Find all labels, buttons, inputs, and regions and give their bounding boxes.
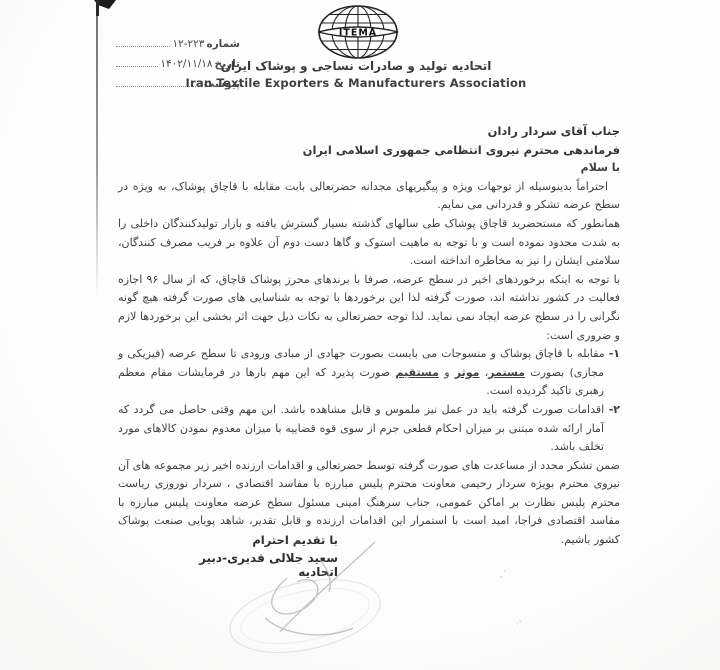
emphasized-word-continuous: مستمر	[488, 366, 525, 379]
emphasized-word-direct: مستقیم	[395, 366, 439, 379]
item-2-text: اقدامات صورت گرفته باید در عمل نیز ملموس…	[118, 403, 609, 453]
salutation: با سلام	[118, 159, 620, 178]
scanned-letter-page: شماره ۱۲-۲۲۳ تاریخ ۱۴۰۲/۱۱/۱۸ پیوست: IT	[0, 0, 720, 670]
list-item-1: ۱- مقابله با قاچاق پوشاک و منسوجات می با…	[118, 345, 620, 401]
recipient-line-2: فرماندهی محترم نیروی انتظامی جمهوری اسلا…	[118, 141, 620, 160]
emphasized-word-effective: موثر	[455, 366, 480, 379]
letter-body: جناب آقای سردار رادان فرماندهی محترم نیر…	[118, 122, 620, 550]
recipient-line-1: جناب آقای سردار رادان	[118, 122, 620, 141]
logo-text: ITEMA	[339, 28, 377, 39]
item-1-separator: و	[439, 366, 455, 379]
ink-speck: ,´	[500, 570, 507, 579]
number-label: شماره	[206, 38, 240, 50]
list-item-2: ۲- اقدامات صورت گرفته باید در عمل نیز مل…	[118, 401, 620, 457]
item-2-number: ۲-	[609, 403, 620, 416]
signatory-name: سعید جلالی قدیری-دبیر اتحادیه	[152, 551, 338, 579]
field-row-number: شماره ۱۲-۲۲۳	[116, 30, 240, 50]
org-name-persian: اتحادیه تولید و صادرات نساجی و پوشاک ایر…	[130, 59, 582, 73]
paragraph-1: احتراماً بدینوسیله از توجهات ویژه و پیگی…	[118, 178, 620, 215]
paragraph-3: با توجه به اینکه برخوردهای اخیر در سطح ع…	[118, 271, 620, 345]
paragraph-2: همانطور که مستحضرید قاچاق پوشاک طی سالها…	[118, 215, 620, 271]
number-value: ۱۲-۲۲۳	[170, 38, 206, 50]
ink-speck: ·`	[516, 620, 523, 629]
item-1-number: ۱-	[609, 347, 620, 360]
dotted-leader	[116, 46, 170, 47]
page-fold-line	[96, 0, 98, 300]
association-stamp	[223, 567, 388, 666]
item-1-separator: ،	[479, 366, 488, 379]
org-name-english: Iran Textile Exporters & Manufacturers A…	[130, 76, 582, 90]
signoff-line: با تقدیم احترام	[152, 533, 338, 547]
scan-corner-mark	[90, 0, 124, 18]
itema-globe-logo-icon: ITEMA	[316, 4, 400, 60]
signature-block: با تقدیم احترام سعید جلالی قدیری-دبیر ات…	[152, 533, 338, 579]
